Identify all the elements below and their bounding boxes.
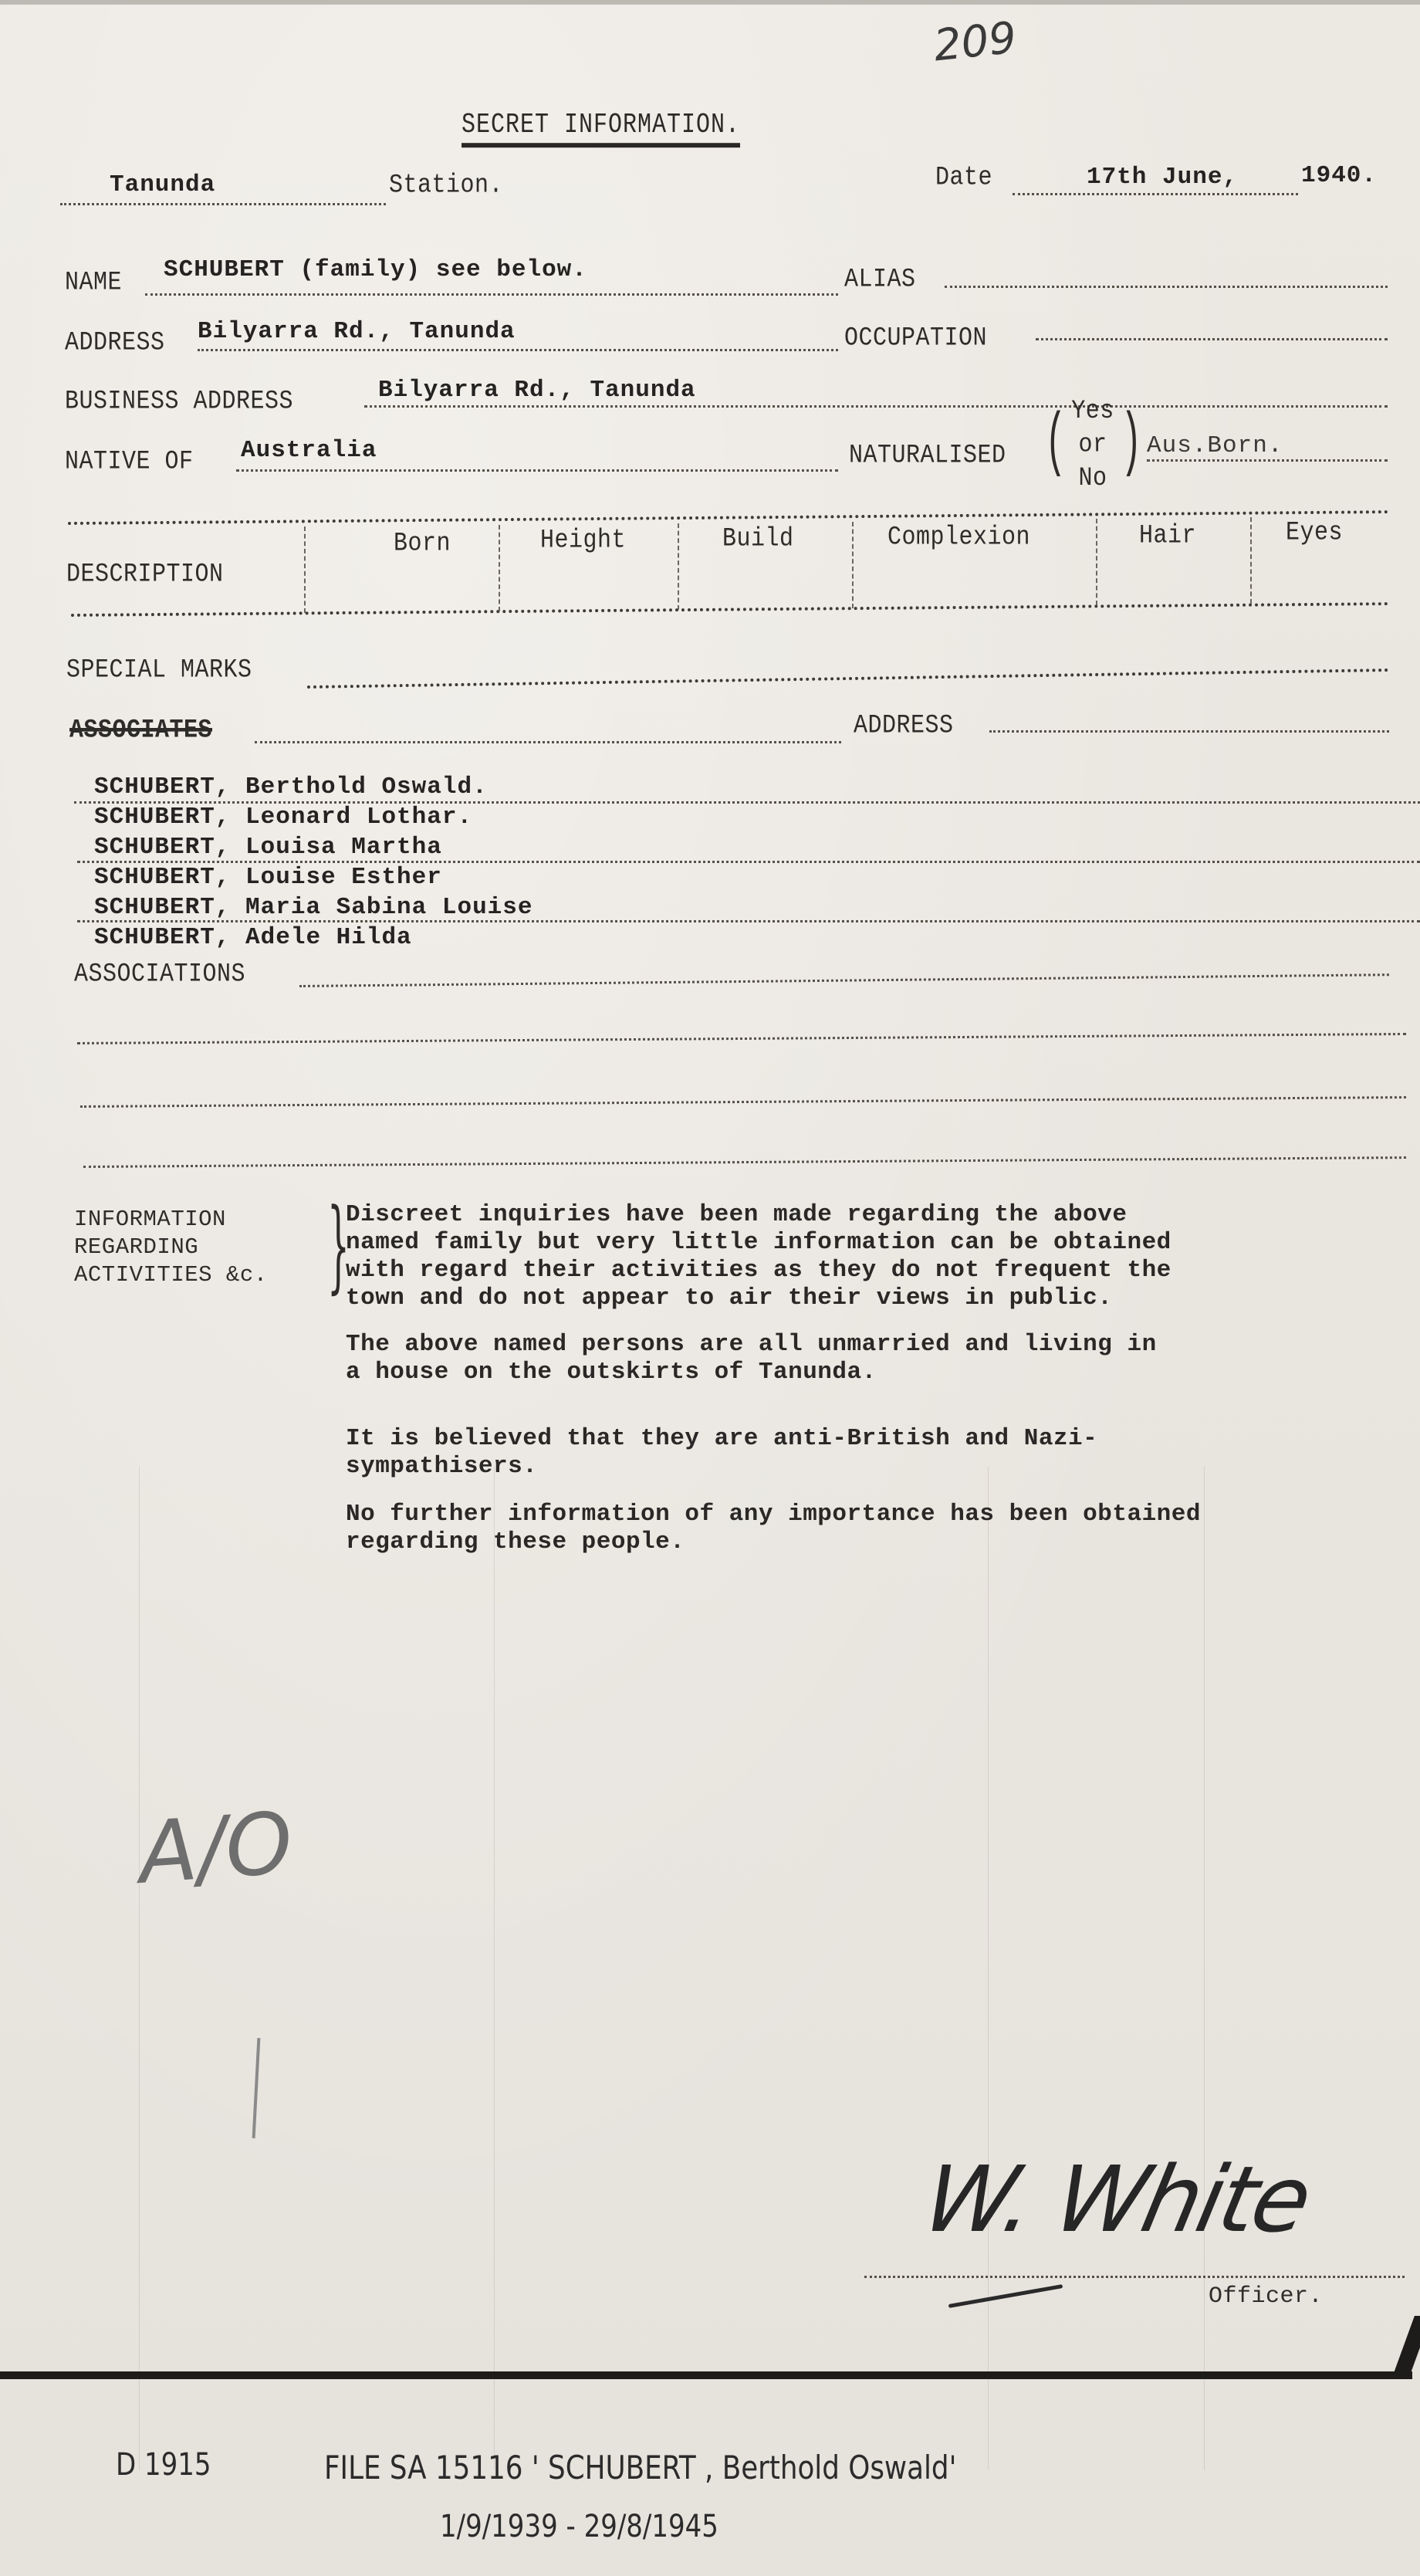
officer-signature: W. White xyxy=(915,2146,1318,2253)
page-top-edge xyxy=(0,0,1420,5)
name-label: NAME xyxy=(65,268,122,298)
date-label: Date xyxy=(935,163,992,193)
associate-line xyxy=(77,920,1420,922)
information-paragraph: It is believed that they are anti-Britis… xyxy=(346,1425,1097,1481)
associates-label: ASSOCIATES xyxy=(69,716,212,746)
right-brace-icon: ) xyxy=(1121,408,1142,479)
form-bottom-rule xyxy=(0,2371,1412,2379)
description-col-height: Height xyxy=(540,526,626,556)
archive-file-note: FILE SA 15116 ' SCHUBERT , Berthold Oswa… xyxy=(324,2449,956,2486)
address-value: Bilyarra Rd., Tanunda xyxy=(198,318,516,345)
information-label-line: ACTIVITIES &c. xyxy=(74,1261,268,1289)
archive-date-range: 1/9/1939 - 29/8/1945 xyxy=(440,2509,718,2544)
business-address-label: BUSINESS ADDRESS xyxy=(65,387,293,417)
description-divider xyxy=(304,526,306,613)
description-divider xyxy=(499,525,500,611)
associates-address-label: ADDRESS xyxy=(854,711,954,741)
occupation-field-line xyxy=(1036,338,1388,340)
date-year: 1940. xyxy=(1301,162,1377,189)
information-paragraph: No further information of any importance… xyxy=(346,1501,1201,1556)
archive-reference: D 1915 xyxy=(116,2447,211,2483)
name-value: SCHUBERT (family) see below. xyxy=(164,256,587,283)
naturalised-option-yes: Yes xyxy=(1070,394,1116,428)
associate-item: SCHUBERT, Berthold Oswald. xyxy=(94,772,533,802)
station-label: Station. xyxy=(389,171,503,201)
business-address-field-line xyxy=(364,405,1388,408)
address-field-line xyxy=(198,349,838,351)
business-address-value: Bilyarra Rd., Tanunda xyxy=(378,377,696,404)
associates-field-line xyxy=(255,741,841,743)
description-divider xyxy=(678,523,679,610)
native-of-value: Australia xyxy=(241,437,377,464)
occupation-label: OCCUPATION xyxy=(844,323,987,354)
native-of-label: NATIVE OF xyxy=(65,447,194,477)
naturalised-field-line xyxy=(1147,459,1388,462)
alias-field-line xyxy=(945,286,1388,288)
pencil-initials: A/O xyxy=(136,1793,296,1903)
associates-address-line xyxy=(989,730,1389,733)
scan-streak xyxy=(494,1467,495,2470)
left-brace-icon: ( xyxy=(1045,408,1067,479)
information-paragraph: The above named persons are all unmarrie… xyxy=(346,1331,1157,1386)
description-col-eyes: Eyes xyxy=(1286,518,1343,548)
associate-item: SCHUBERT, Adele Hilda xyxy=(94,922,533,953)
associate-item: SCHUBERT, Maria Sabina Louise xyxy=(94,892,533,922)
description-col-born: Born xyxy=(394,529,451,559)
information-label-line: REGARDING xyxy=(74,1234,268,1261)
naturalised-label: NATURALISED xyxy=(849,441,1006,471)
scan-streak xyxy=(988,1467,989,2470)
name-field-line xyxy=(145,293,838,296)
associate-line xyxy=(74,801,1420,804)
date-field-line xyxy=(1013,193,1298,195)
description-divider xyxy=(852,522,854,608)
page-number: 209 xyxy=(931,13,1019,72)
associate-item: SCHUBERT, Leonard Lothar. xyxy=(94,802,533,832)
naturalised-option-no: No xyxy=(1070,462,1116,496)
description-col-complexion: Complexion xyxy=(887,523,1030,553)
associate-item: SCHUBERT, Louise Esther xyxy=(94,862,533,892)
information-label-line: INFORMATION xyxy=(74,1206,268,1234)
information-paragraph: Discreet inquiries have been made regard… xyxy=(346,1201,1171,1312)
special-marks-label: SPECIAL MARKS xyxy=(66,655,252,685)
naturalised-option-or: or xyxy=(1070,428,1116,462)
station-value: Tanunda xyxy=(110,171,215,198)
officer-label: Officer. xyxy=(1209,2283,1323,2310)
signature-line xyxy=(864,2276,1405,2278)
description-divider xyxy=(1250,517,1252,604)
station-field-line xyxy=(60,203,386,205)
date-value: 17th June, xyxy=(1087,164,1238,191)
native-of-field-line xyxy=(236,469,838,472)
address-label: ADDRESS xyxy=(65,328,165,358)
description-col-hair: Hair xyxy=(1139,521,1196,551)
description-divider xyxy=(1096,519,1097,605)
description-label: DESCRIPTION xyxy=(66,560,224,590)
associate-item: SCHUBERT, Louisa Martha xyxy=(94,832,533,862)
description-col-build: Build xyxy=(722,524,794,554)
alias-label: ALIAS xyxy=(844,265,916,295)
scan-streak xyxy=(1204,1467,1205,2470)
scan-streak xyxy=(139,1467,140,2470)
associations-label: ASSOCIATIONS xyxy=(74,960,245,990)
associate-line xyxy=(77,861,1420,863)
naturalised-value: Aus.Born. xyxy=(1147,432,1283,459)
form-title: SECRET INFORMATION. xyxy=(461,110,740,147)
